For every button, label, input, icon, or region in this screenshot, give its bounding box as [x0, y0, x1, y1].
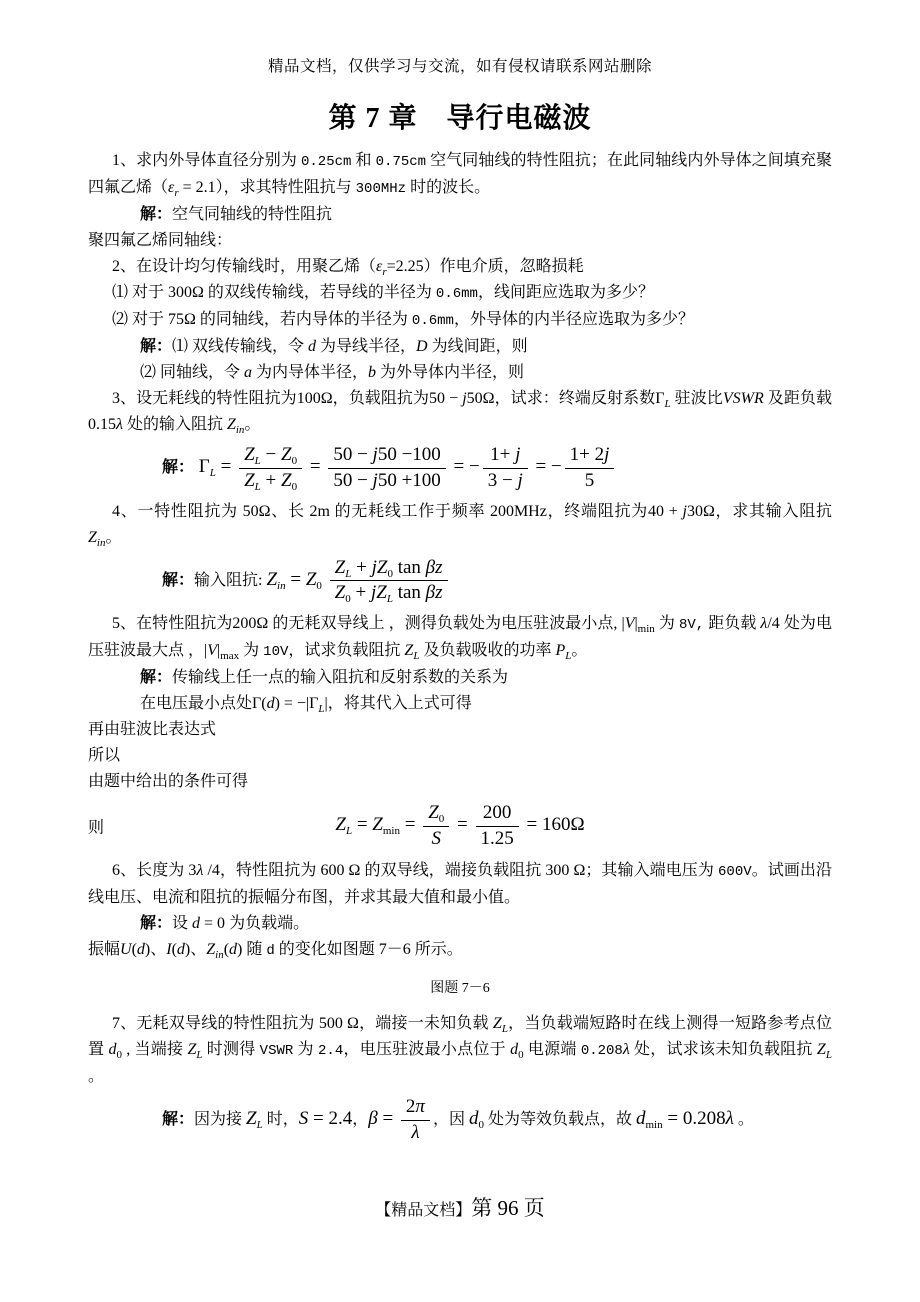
document-page: 精品文档，仅供学习与交流，如有侵权请联系网站删除 第 7 章 导行电磁波 1、求…: [0, 0, 920, 1302]
solution-5-line5: 由题中给出的条件可得: [88, 769, 832, 795]
centered-formula: ZL = Zmin = Z0S = 2001.25 = 160Ω: [335, 802, 584, 851]
fraction: 50 − j50 −10050 − j50 +100: [328, 444, 445, 493]
problem-5: 5、在特性阻抗为200Ω 的无耗双导线上 ，测得负载处为电压驻波最小点, |V|…: [88, 611, 832, 665]
figure-caption-7-6: 图题 7－6: [88, 976, 832, 1002]
solution-1: 解：空气同轴线的特性阻抗: [88, 202, 832, 228]
solution-5-result: 则ZL = Zmin = Z0S = 2001.25 = 160Ω: [88, 802, 832, 851]
problem-2: 2、在设计均匀传输线时，用聚乙烯（εr=2.25）作电介质，忽略损耗: [88, 254, 832, 280]
fraction: 2001.25: [476, 802, 519, 851]
solution-7-formula: 解：因为接 ZL 时，S = 2.4，β = 2πλ，因 d0 处为等效负载点，…: [88, 1096, 832, 1145]
footer-page-number: 第 96 页: [471, 1196, 545, 1220]
solution-1-line2: 聚四氟乙烯同轴线：: [88, 228, 832, 254]
solution-5-line1: 解：传输线上任一点的输入阻抗和反射系数的关系为: [88, 665, 832, 691]
solution-3-formula: 解： ΓL = ZL − Z0ZL + Z0 = 50 − j50 −10050…: [88, 444, 832, 493]
fraction: 1+ j3 − j: [483, 444, 528, 493]
solution-2-part2: ⑵ 同轴线，令 a 为内导体半径，b 为外导体内半径，则: [88, 360, 832, 386]
fraction: 2πλ: [401, 1096, 430, 1145]
fraction: ZL + jZ0 tan βzZ0 + jZL tan βz: [330, 557, 448, 606]
solution-6-line2: 振幅U(d)、I(d)、Zin(d) 随 d 的变化如图题 7－6 所示。: [88, 937, 832, 964]
problem-2-part2: ⑵ 对于 75Ω 的同轴线，若内导体的半径为 0.6mm，外导体的内半径应选取为…: [88, 307, 832, 334]
paragraph-lead: 则: [88, 815, 104, 838]
footer-brand-label: 【精品文档】: [375, 1202, 471, 1219]
problem-7: 7、无耗双导线的特性阻抗为 500 Ω，端接一未知负载 ZL，当负载端短路时在线…: [88, 1011, 832, 1090]
solution-5-line3: 再由驻波比表达式: [88, 717, 832, 743]
page-title: 第 7 章 导行电磁波: [88, 96, 832, 136]
problem-2-part1: ⑴ 对于 300Ω 的双线传输线，若导线的半径为 0.6mm，线间距应选取为多少…: [88, 280, 832, 307]
page-footer: 【精品文档】第 96 页: [0, 1192, 920, 1222]
problem-1: 1、求内外导体直径分别为 0.25cm 和 0.75cm 空气同轴线的特性阻抗；…: [88, 148, 832, 202]
solution-4-formula: 解：输入阻抗: Zin = Z0 ZL + jZ0 tan βzZ0 + jZL…: [88, 557, 832, 606]
fraction: 1+ 2j5: [565, 444, 615, 493]
fraction: ZL − Z0ZL + Z0: [239, 444, 302, 493]
problem-4: 4、一特性阻抗为 50Ω、长 2m 的无耗线工作于频率 200MHz，终端阻抗为…: [88, 499, 832, 551]
header-disclaimer: 精品文档，仅供学习与交流，如有侵权请联系网站删除: [88, 54, 832, 76]
solution-5-line4: 所以: [88, 743, 832, 769]
document-body: 1、求内外导体直径分别为 0.25cm 和 0.75cm 空气同轴线的特性阻抗；…: [88, 148, 832, 1144]
solution-6-line1: 解：设 d = 0 为负载端。: [88, 911, 832, 937]
solution-5-line2: 在电压最小点处Γ(d) = −|ΓL|，将其代入上式可得: [88, 691, 832, 717]
solution-2-part1: 解：⑴ 双线传输线，令 d 为导线半径，D 为线间距，则: [88, 334, 832, 360]
fraction: Z0S: [423, 802, 449, 851]
problem-3: 3、设无耗线的特性阻抗为100Ω，负载阻抗为50 − j50Ω，试求：终端反射系…: [88, 386, 832, 438]
problem-6: 6、长度为 3λ /4，特性阻抗为 600 Ω 的双导线，端接负载阻抗 300 …: [88, 858, 832, 911]
